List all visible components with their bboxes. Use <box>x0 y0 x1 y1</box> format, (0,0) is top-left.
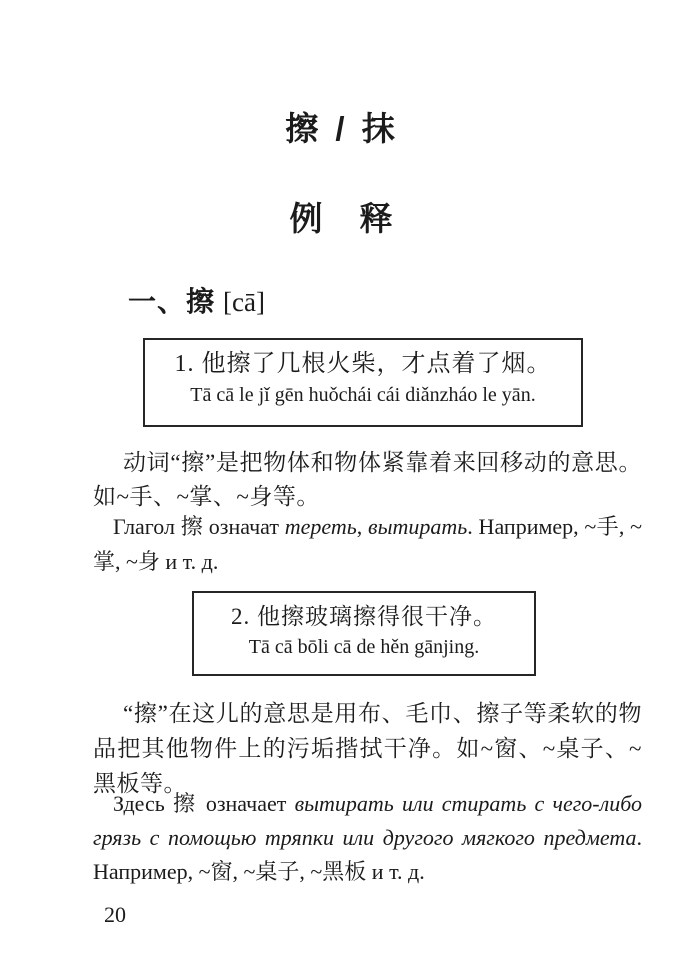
explanation-zh-1: 动词“擦”是把物体和物体紧靠着来回移动的意思。如~手、~掌、~身等。 <box>93 446 642 514</box>
example-2-sentence: 2. 他擦玻璃擦得很干净。 <box>194 604 534 629</box>
explanation-ru-1-term-1: тереть <box>285 514 357 539</box>
entry-heading: 一、擦[cā] <box>128 280 265 320</box>
example-1-sentence: 1. 他擦了几根火柴，才点着了烟。 <box>145 351 581 377</box>
example-box-1: 1. 他擦了几根火柴，才点着了烟。 Tā cā le jǐ gēn huǒchá… <box>143 338 583 427</box>
page-title: 擦 / 抹 <box>0 103 684 150</box>
section-title-explanations: 例 释 <box>0 193 684 240</box>
explanation-ru-1-pre: Глагол 擦 означат <box>113 514 285 539</box>
example-1-pinyin: Tā cā le jǐ gēn huǒchái cái diǎnzháo le … <box>145 384 581 406</box>
explanation-zh-2: “擦”在这儿的意思是用布、毛巾、擦子等柔软的物品把其他物件上的污垢揩拭干净。如~… <box>93 696 642 801</box>
entry-heading-pinyin: [cā] <box>223 287 265 317</box>
book-page: 擦 / 抹 例 释 一、擦[cā] 1. 他擦了几根火柴，才点着了烟。 Tā c… <box>0 0 684 970</box>
example-2-pinyin: Tā cā bōli cā de hěn gānjing. <box>194 636 534 658</box>
example-box-2: 2. 他擦玻璃擦得很干净。 Tā cā bōli cā de hěn gānji… <box>192 591 536 676</box>
entry-heading-word: 一、擦 <box>128 286 215 317</box>
page-number: 20 <box>104 902 126 928</box>
explanation-ru-2: Здесь 擦 означает вытирать или стирать с … <box>93 787 642 889</box>
explanation-ru-1-mid: , <box>357 514 368 539</box>
explanation-ru-1-term-2: вытирать <box>368 514 467 539</box>
explanation-ru-2-pre: Здесь 擦 означает <box>113 791 295 816</box>
explanation-ru-1: Глагол 擦 означат тереть, вытирать. Напри… <box>93 509 642 579</box>
